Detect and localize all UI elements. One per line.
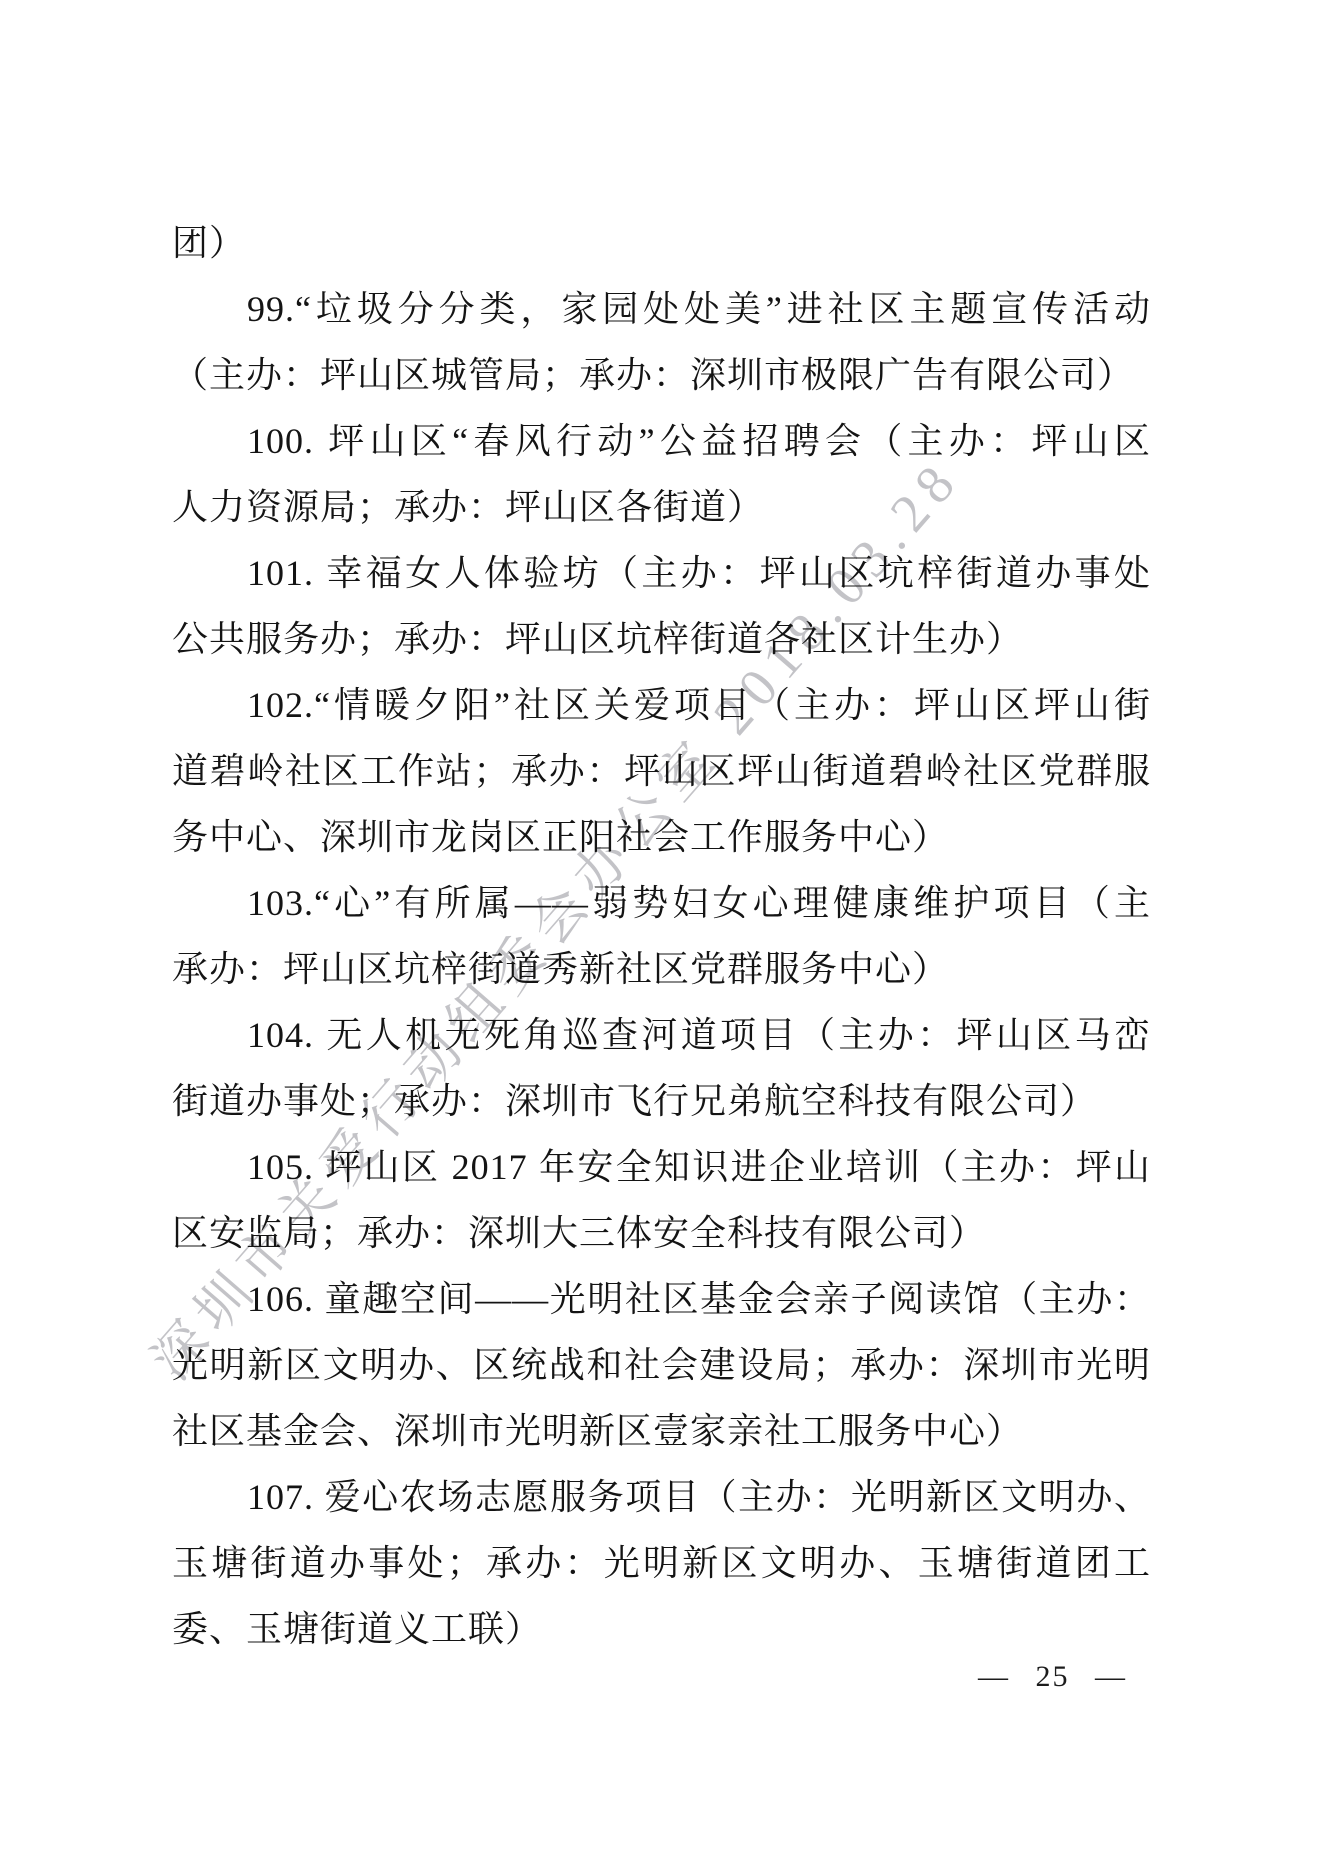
text-line: 105. 坪山区 2017 年安全知识进企业培训（主办：坪山 [172,1134,1151,1200]
text-line: 区安监局；承办：深圳大三体安全科技有限公司） [172,1200,1151,1266]
text-line: 委、玉塘街道义工联） [172,1596,1151,1662]
page-number: — 25 — [978,1660,1127,1694]
text-line: 务中心、深圳市龙岗区正阳社会工作服务中心） [172,804,1151,870]
text-line: 107. 爱心农场志愿服务项目（主办：光明新区文明办、 [172,1464,1151,1530]
text-line: 承办：坪山区坑梓街道秀新社区党群服务中心） [172,936,1151,1002]
text-line: 玉塘街道办事处；承办：光明新区文明办、玉塘街道团工 [172,1530,1151,1596]
text-line: 102.“情暖夕阳”社区关爱项目（主办：坪山区坪山街 [172,672,1151,738]
text-line: 光明新区文明办、区统战和社会建设局；承办：深圳市光明 [172,1332,1151,1398]
text-line: 人力资源局；承办：坪山区各街道） [172,474,1151,540]
text-line: 社区基金会、深圳市光明新区壹家亲社工服务中心） [172,1398,1151,1464]
text-line: 100. 坪山区“春风行动”公益招聘会（主办：坪山区 [172,408,1151,474]
text-line: 道碧岭社区工作站；承办：坪山区坪山街道碧岭社区党群服 [172,738,1151,804]
text-line: 团） [172,210,1151,276]
text-line: （主办：坪山区城管局；承办：深圳市极限广告有限公司） [172,342,1151,408]
text-line: 103.“心”有所属——弱势妇女心理健康维护项目（主 [172,870,1151,936]
text-line: 街道办事处；承办：深圳市飞行兄弟航空科技有限公司） [172,1068,1151,1134]
text-line: 99.“垃圾分分类，家园处处美”进社区主题宣传活动 [172,276,1151,342]
text-line: 104. 无人机无死角巡查河道项目（主办：坪山区马峦 [172,1002,1151,1068]
text-line: 101. 幸福女人体验坊（主办：坪山区坑梓街道办事处 [172,540,1151,606]
text-line: 106. 童趣空间——光明社区基金会亲子阅读馆（主办： [172,1266,1151,1332]
text-line: 公共服务办；承办：坪山区坑梓街道各社区计生办） [172,606,1151,672]
document-page: 深圳市关爱行动组委会办公室 2018.03.28 团）99.“垃圾分分类，家园处… [0,0,1323,1871]
text-block: 团）99.“垃圾分分类，家园处处美”进社区主题宣传活动（主办：坪山区城管局；承办… [172,210,1151,1662]
